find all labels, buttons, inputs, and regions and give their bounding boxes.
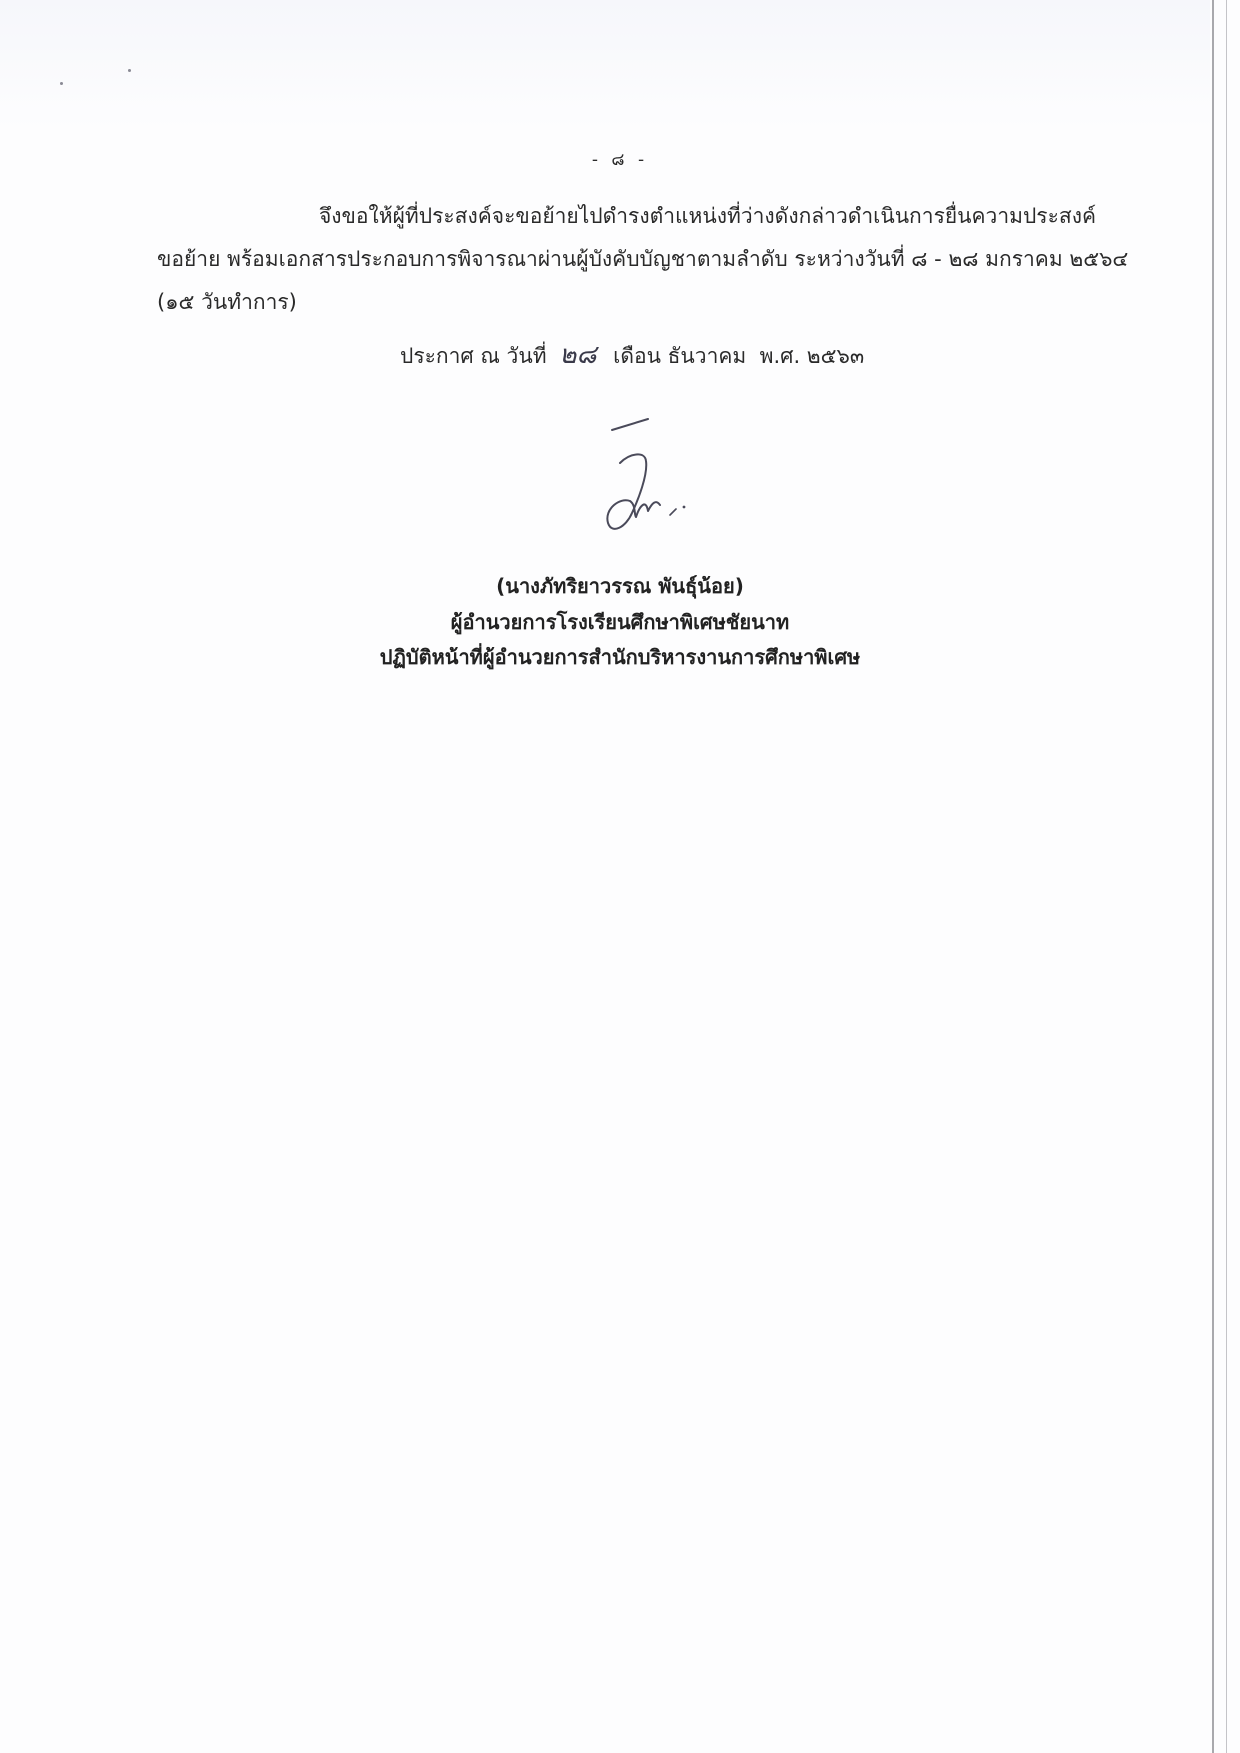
scanned-document-page: - ๘ - จึงขอให้ผู้ที่ประสงค์จะขอย้ายไปดำร…: [0, 0, 1240, 1753]
page-number: - ๘ -: [0, 146, 1240, 173]
body-line-1: จึงขอให้ผู้ที่ประสงค์จะขอย้ายไปดำรงตำแหน…: [319, 200, 1125, 233]
page-edge-line: [1226, 0, 1227, 1753]
scan-speck: [128, 69, 131, 72]
page-edge-line: [1212, 0, 1214, 1753]
signatory-position-2: ปฏิบัติหน้าที่ผู้อำนวยการสำนักบริหารงานก…: [0, 641, 1240, 673]
signature-icon: [590, 405, 700, 535]
scan-speck: [60, 82, 63, 85]
handwritten-day: ๒๘: [559, 340, 596, 370]
scan-artifact-tint: [0, 0, 1210, 130]
body-line-3: (๑๕ วันทำการ): [157, 286, 297, 319]
announcement-year: พ.ศ. ๒๕๖๓: [760, 344, 865, 368]
announcement-date-line: ประกาศ ณ วันที่ ๒๘ เดือน ธันวาคม พ.ศ. ๒๕…: [400, 334, 864, 375]
announcement-prefix: ประกาศ ณ วันที่: [400, 344, 547, 368]
announcement-month: เดือน ธันวาคม: [613, 344, 746, 368]
signatory-position-1: ผู้อำนวยการโรงเรียนศึกษาพิเศษชัยนาท: [0, 606, 1240, 638]
body-line-2: ขอย้าย พร้อมเอกสารประกอบการพิจารณาผ่านผู…: [157, 243, 1125, 276]
signatory-name: (นางภัทริยาวรรณ พันธุ์น้อย): [0, 570, 1240, 602]
